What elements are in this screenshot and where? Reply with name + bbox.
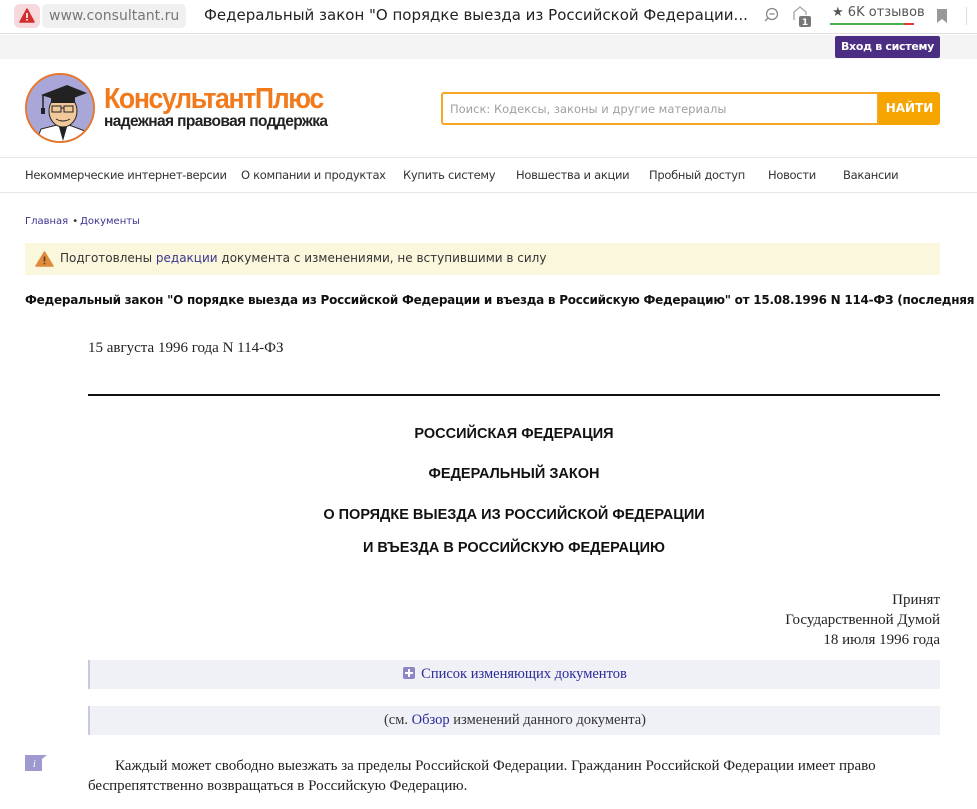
nav-item-vacancies[interactable]: Вакансии xyxy=(843,168,898,182)
info-flag-icon[interactable]: i xyxy=(25,755,47,771)
page-tab-title: Федеральный закон "О порядке выезда из Р… xyxy=(204,6,748,24)
rating-bar xyxy=(830,23,914,25)
extension-icon: 1 xyxy=(791,4,813,28)
logo-mascot[interactable] xyxy=(25,73,95,143)
document-divider xyxy=(88,394,940,396)
heading-law-name-line1: О ПОРЯДКЕ ВЫЕЗДА ИЗ РОССИЙСКОЙ ФЕДЕРАЦИИ xyxy=(88,507,940,523)
adoption-info: Принят Государственной Думой 18 июля 199… xyxy=(785,590,940,650)
zoom-out-icon[interactable] xyxy=(763,7,779,23)
breadcrumb-home[interactable]: Главная xyxy=(25,216,68,227)
address-bar-url[interactable]: www.consultant.ru xyxy=(42,4,186,28)
search-button[interactable]: НАЙТИ xyxy=(879,92,940,125)
login-button[interactable]: Вход в систему xyxy=(835,36,940,58)
nav-item-buy[interactable]: Купить систему xyxy=(403,168,495,182)
review-prefix: (см. xyxy=(384,712,412,728)
toolbar-divider xyxy=(966,7,967,25)
bookmark-icon[interactable] xyxy=(936,8,948,24)
logo-brand-name[interactable]: КонсультантПлюс xyxy=(104,83,323,116)
amending-docs-link[interactable]: Список изменяющих документов xyxy=(421,666,627,682)
browser-toolbar: www.consultant.ru Федеральный закон "О п… xyxy=(0,0,977,34)
nav-item-noncommercial[interactable]: Некоммерческие интернет-версии xyxy=(25,168,227,182)
reviews-link[interactable]: ★ 6K отзывов xyxy=(832,5,925,23)
changes-review-box: (см. Обзор изменений данного документа) xyxy=(88,706,940,735)
breadcrumb-separator: • xyxy=(72,216,78,227)
editions-notice: Подготовлены редакции документа с измене… xyxy=(25,243,940,275)
article-paragraph: Каждый может свободно выезжать за предел… xyxy=(88,756,940,796)
review-suffix: изменений данного документа) xyxy=(450,712,646,728)
adopted-label: Принят xyxy=(785,590,940,610)
breadcrumb-documents[interactable]: Документы xyxy=(80,216,140,227)
notice-suffix: документа с изменениями, не вступившими … xyxy=(218,251,547,265)
heading-law-name-line2: И ВЪЕЗДА В РОССИЙСКУЮ ФЕДЕРАЦИЮ xyxy=(88,540,940,556)
expand-plus-icon[interactable] xyxy=(403,667,415,679)
heading-country: РОССИЙСКАЯ ФЕДЕРАЦИЯ xyxy=(88,426,940,442)
nav-item-about[interactable]: О компании и продуктах xyxy=(241,168,386,182)
svg-text:1: 1 xyxy=(802,18,808,28)
document-date-line: 15 августа 1996 года N 114-ФЗ xyxy=(88,340,283,357)
warning-icon xyxy=(35,251,54,267)
professor-mascot-icon xyxy=(27,75,95,143)
search-box xyxy=(441,92,879,125)
review-link[interactable]: Обзор xyxy=(412,712,450,728)
search-input[interactable] xyxy=(443,94,877,123)
site-warning-button[interactable] xyxy=(14,4,40,28)
svg-text:i: i xyxy=(33,759,36,770)
editions-link[interactable]: редакции xyxy=(156,251,218,265)
adopted-date: 18 июля 1996 года xyxy=(785,630,940,650)
logo-tagline: надежная правовая поддержка xyxy=(104,113,327,131)
nav-item-promotions[interactable]: Новшества и акции xyxy=(516,168,629,182)
notice-prefix: Подготовлены xyxy=(60,251,156,265)
top-strip: Вход в систему xyxy=(0,35,977,59)
document-title: Федеральный закон "О порядке выезда из Р… xyxy=(25,293,977,307)
notice-text: Подготовлены редакции документа с измене… xyxy=(60,251,546,265)
reviews-count: 6K отзывов xyxy=(848,5,925,20)
adopted-by: Государственной Думой xyxy=(785,610,940,630)
nav-item-trial[interactable]: Пробный доступ xyxy=(649,168,745,182)
extension-button[interactable]: 1 xyxy=(791,4,813,32)
breadcrumb: Главная•Документы xyxy=(25,216,140,227)
amending-docs-box: Список изменяющих документов xyxy=(88,660,940,689)
star-icon: ★ xyxy=(832,5,844,20)
nav-item-news[interactable]: Новости xyxy=(768,168,816,182)
alert-icon xyxy=(19,8,35,23)
heading-law-type: ФЕДЕРАЛЬНЫЙ ЗАКОН xyxy=(88,466,940,482)
main-nav: Некоммерческие интернет-версии О компани… xyxy=(0,157,977,193)
